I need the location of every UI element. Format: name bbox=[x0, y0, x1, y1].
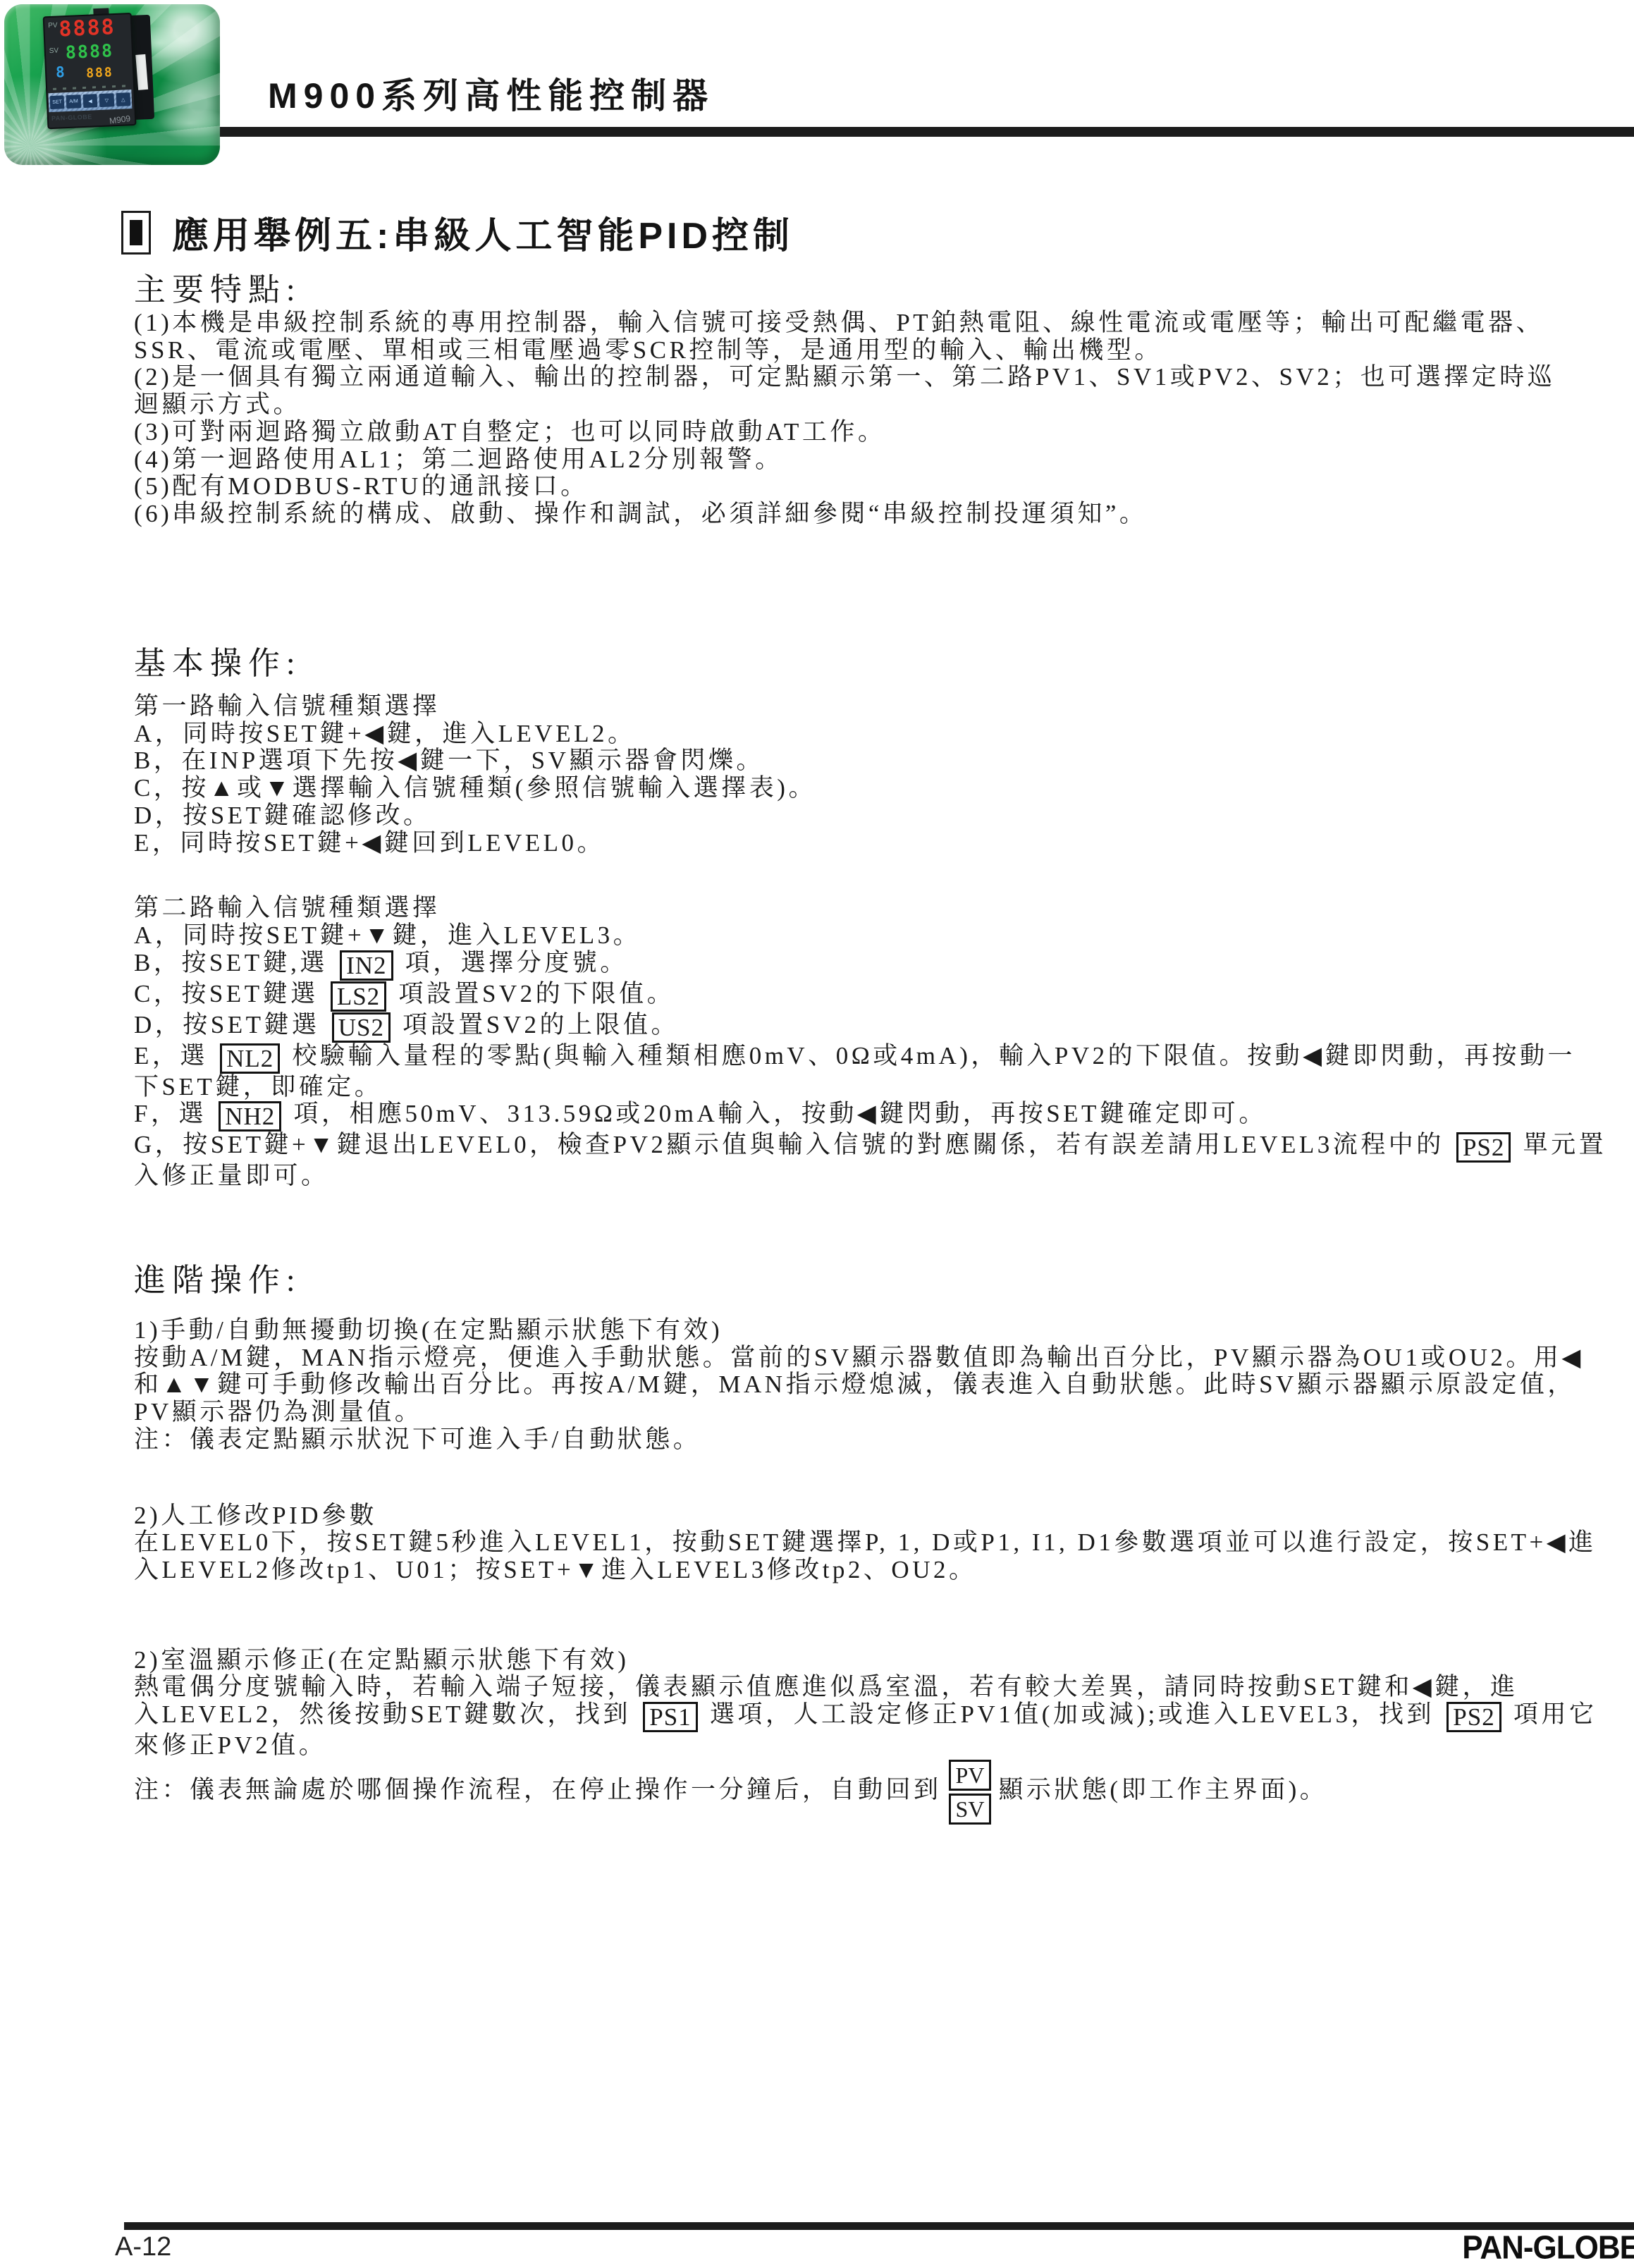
text-line: B，按SET鍵,選 IN2 項，選擇分度號。 bbox=[134, 950, 1613, 981]
text-segment: 入LEVEL2，然後按動SET鍵數次，找到 bbox=[134, 1700, 640, 1728]
text-line: C，按▲或▼選擇輸入信號種類(參照信號輸入選擇表)。 bbox=[134, 775, 1613, 802]
text-line: D，按SET鍵選 US2 項設置SV2的上限值。 bbox=[134, 1012, 1613, 1043]
section-bullet-icon bbox=[121, 211, 151, 255]
text-line: (2)是一個具有獨立兩通道輸入、輸出的控制器，可定點顯示第一、第二路PV1、SV… bbox=[134, 364, 1613, 391]
route2-lines: A，同時按SET鍵+▼鍵，進入LEVEL3。B，按SET鍵,選 IN2 項，選擇… bbox=[134, 922, 1613, 1190]
features-lines: (1)本機是串級控制系統的專用控制器，輸入信號可接受熱偶、PT鉑熱電阻、線性電流… bbox=[134, 309, 1613, 528]
text-line: 入修正量即可。 bbox=[134, 1163, 1613, 1190]
sv-label: SV bbox=[49, 47, 59, 56]
text-line: 2)室溫顯示修正(在定點顯示狀態下有效) bbox=[134, 1647, 1613, 1674]
section-bullet-fill bbox=[130, 220, 142, 245]
text-segment: (2)是一個具有獨立兩通道輸入、輸出的控制器，可定點顯示第一、第二路PV1、SV… bbox=[134, 363, 1555, 391]
text-segment: 項設置SV2的下限值。 bbox=[389, 980, 675, 1007]
pv-sv-display-box: PVSV bbox=[949, 1760, 992, 1825]
param-box: PS2 bbox=[1446, 1702, 1501, 1732]
text-line: PV顯示器仍為測量值。 bbox=[134, 1399, 1613, 1426]
text-segment: A，同時按SET鍵+◀鍵，進入LEVEL2。 bbox=[134, 720, 635, 747]
text-line: A，同時按SET鍵+◀鍵，進入LEVEL2。 bbox=[134, 721, 1613, 748]
text-segment: 熱電偶分度號輸入時，若輸入端子短接，儀表顯示值應進似爲室溫，若有較大差異，請同時… bbox=[134, 1673, 1518, 1700]
text-line: 迴顯示方式。 bbox=[134, 391, 1613, 419]
text-segment: E，選 bbox=[134, 1042, 217, 1069]
text-line: 注：儀表無論處於哪個操作流程，在停止操作一分鐘后，自動回到PVSV顯示狀態(即工… bbox=[134, 1760, 1613, 1825]
text-segment: G，按SET鍵+▼鍵退出LEVEL0，檢查PV2顯示值與輸入信號的對應關係，若有… bbox=[134, 1131, 1454, 1158]
brand-logo: PV 8888 SV 8888 8 888 SET A/M ◀ ▽ △ PAN-… bbox=[4, 4, 220, 165]
text-segment: 選項，人工設定修正PV1值(加或減);或進入LEVEL3，找到 bbox=[701, 1700, 1444, 1728]
sv-display: 8888 bbox=[65, 40, 113, 63]
text-segment: D，按SET鍵選 bbox=[134, 1011, 329, 1038]
text-segment: (3)可對兩迴路獨立啟動AT自整定；也可以同時啟動AT工作。 bbox=[134, 418, 885, 446]
advanced-heading: 進階操作: bbox=[134, 1262, 1613, 1299]
basic-heading: 基本操作: bbox=[134, 645, 1613, 682]
text-segment: A，同時按SET鍵+▼鍵，進入LEVEL3。 bbox=[134, 921, 641, 949]
indicator-labels-row bbox=[53, 85, 126, 90]
text-segment: (4)第一迴路使用AL1；第二迴路使用AL2分別報警。 bbox=[134, 446, 783, 473]
text-segment: 項用它 bbox=[1504, 1700, 1597, 1728]
device-front-panel: PV 8888 SV 8888 8 888 SET A/M ◀ ▽ △ PAN-… bbox=[43, 13, 137, 129]
text-line: SSR、電流或電壓、單相或三相電壓過零SCR控制等，是通用型的輸入、輸出機型。 bbox=[134, 337, 1613, 364]
pid-subsection: 2)人工修改PID參數在LEVEL0下，按SET鍵5秒進入LEVEL1，按動SE… bbox=[134, 1502, 1613, 1584]
section-heading-row: 應用舉例五:串級人工智能PID控制 bbox=[121, 206, 794, 259]
text-line: F，選 NH2 項，相應50mV、313.59Ω或20mA輸入，按動◀鍵閃動，再… bbox=[134, 1101, 1613, 1132]
text-segment: 來修正PV2值。 bbox=[134, 1731, 326, 1759]
text-segment: (5)配有MODBUS-RTU的通訊接口。 bbox=[134, 472, 589, 500]
device-brand-text: PAN-GLOBE bbox=[51, 114, 92, 123]
manual-page: PV 8888 SV 8888 8 888 SET A/M ◀ ▽ △ PAN-… bbox=[0, 0, 1634, 2268]
param-box: US2 bbox=[332, 1012, 391, 1043]
param-box: LS2 bbox=[331, 981, 386, 1012]
text-segment: PV顯示器仍為測量值。 bbox=[134, 1398, 422, 1426]
text-segment: B，按SET鍵,選 bbox=[134, 949, 337, 976]
text-line: 2)人工修改PID參數 bbox=[134, 1502, 1613, 1530]
features-section: 主要特點: (1)本機是串級控制系統的專用控制器，輸入信號可接受熱偶、PT鉑熱電… bbox=[134, 271, 1613, 528]
text-line: B，在INP選項下先按◀鍵一下，SV顯示器會閃爍。 bbox=[134, 747, 1613, 775]
device-button-row: SET A/M ◀ ▽ △ bbox=[48, 90, 132, 112]
shift-left-button: ◀ bbox=[82, 94, 97, 108]
text-segment: 項，選擇分度號。 bbox=[396, 949, 628, 976]
text-segment: B，在INP選項下先按◀鍵一下，SV顯示器會閃爍。 bbox=[134, 747, 764, 774]
text-segment: C，按SET鍵選 bbox=[134, 980, 328, 1007]
text-segment: 下SET鍵，即確定。 bbox=[134, 1073, 382, 1101]
features-heading: 主要特點: bbox=[134, 271, 1613, 308]
text-segment: 按動A/M鍵，MAN指示燈亮，便進入手動狀態。當前的SV顯示器數值即為輸出百分比… bbox=[134, 1344, 1584, 1371]
text-segment: (6)串級控制系統的構成、啟動、操作和調試，必須詳細參閱“串級控制投運須知”。 bbox=[134, 500, 1147, 527]
text-line: (3)可對兩迴路獨立啟動AT自整定；也可以同時啟動AT工作。 bbox=[134, 419, 1613, 446]
text-line: D，按SET鍵確認修改。 bbox=[134, 802, 1613, 830]
text-segment: 1)手動/自動無擾動切換(在定點顯示狀態下有效) bbox=[134, 1316, 723, 1344]
text-segment: 校驗輸入量程的零點(與輸入種類相應0mV、0Ω或4mA)，輸入PV2的下限值。按… bbox=[283, 1042, 1575, 1069]
page-title: M900系列高性能控制器 bbox=[268, 68, 714, 118]
text-segment: 注：儀表無論處於哪個操作流程，在停止操作一分鐘后，自動回到 bbox=[134, 1776, 942, 1803]
text-line: 和▲▼鍵可手動修改輸出百分比。再按A/M鍵，MAN指示燈熄滅，儀表進入自動狀態。… bbox=[134, 1371, 1613, 1399]
aux-display-amber: 888 bbox=[86, 65, 113, 81]
footer-brand-logo: PAN-GLOBE bbox=[1462, 2230, 1634, 2267]
text-line: A，同時按SET鍵+▼鍵，進入LEVEL3。 bbox=[134, 922, 1613, 950]
text-segment: 在LEVEL0下，按SET鍵5秒進入LEVEL1，按動SET鍵選擇P, 1, D… bbox=[134, 1528, 1597, 1556]
text-segment: E，同時按SET鍵+◀鍵回到LEVEL0。 bbox=[134, 829, 605, 857]
text-segment: C，按▲或▼選擇輸入信號種類(參照信號輸入選擇表)。 bbox=[134, 774, 816, 802]
text-line: 來修正PV2值。 bbox=[134, 1732, 1613, 1760]
route2-title: 第二路輸入信號種類選擇 bbox=[134, 895, 1613, 922]
text-segment: F，選 bbox=[134, 1100, 216, 1127]
text-line: 注：儀表定點顯示狀況下可進入手/自動狀態。 bbox=[134, 1426, 1613, 1454]
text-line: (4)第一迴路使用AL1；第二迴路使用AL2分別報警。 bbox=[134, 446, 1613, 474]
basic-operation-section: 基本操作: 第一路輸入信號種類選擇 A，同時按SET鍵+◀鍵，進入LEVEL2。… bbox=[134, 645, 1613, 1190]
text-line: 按動A/M鍵，MAN指示燈亮，便進入手動狀態。當前的SV顯示器數值即為輸出百分比… bbox=[134, 1344, 1613, 1372]
text-segment: D，按SET鍵確認修改。 bbox=[134, 802, 431, 829]
footer-divider bbox=[124, 2222, 1634, 2230]
section-title: 應用舉例五:串級人工智能PID控制 bbox=[172, 206, 794, 259]
param-box: IN2 bbox=[340, 950, 393, 981]
text-segment: 入修正量即可。 bbox=[134, 1162, 329, 1189]
param-box: PS1 bbox=[643, 1702, 697, 1732]
param-box: NL2 bbox=[220, 1043, 280, 1074]
display-box-cell: PV bbox=[949, 1760, 992, 1791]
text-line: C，按SET鍵選 LS2 項設置SV2的下限值。 bbox=[134, 981, 1613, 1012]
aux-display-blue: 8 bbox=[56, 63, 66, 81]
route1-lines: A，同時按SET鍵+◀鍵，進入LEVEL2。B，在INP選項下先按◀鍵一下，SV… bbox=[134, 721, 1613, 857]
text-segment: 顯示狀態(即工作主界面)。 bbox=[998, 1776, 1327, 1803]
controller-device-photo: PV 8888 SV 8888 8 888 SET A/M ◀ ▽ △ PAN-… bbox=[42, 8, 156, 133]
text-segment: 項，相應50mV、313.59Ω或20mA輸入，按動◀鍵閃動，再按SET鍵確定即… bbox=[284, 1100, 1267, 1127]
text-line: E，同時按SET鍵+◀鍵回到LEVEL0。 bbox=[134, 830, 1613, 857]
down-button: ▽ bbox=[99, 93, 114, 107]
route1-title: 第一路輸入信號種類選擇 bbox=[134, 693, 1613, 721]
pv-display: 8888 bbox=[59, 15, 116, 42]
text-segment: SSR、電流或電壓、單相或三相電壓過零SCR控制等，是通用型的輸入、輸出機型。 bbox=[134, 336, 1162, 364]
text-line: 熱電偶分度號輸入時，若輸入端子短接，儀表顯示值應進似爲室溫，若有較大差異，請同時… bbox=[134, 1674, 1613, 1701]
advanced-operation-section: 進階操作: 1)手動/自動無擾動切換(在定點顯示狀態下有效)按動A/M鍵，MAN… bbox=[134, 1262, 1613, 1825]
text-segment: 迴顯示方式。 bbox=[134, 391, 301, 418]
text-line: (6)串級控制系統的構成、啟動、操作和調試，必須詳細參閱“串級控制投運須知”。 bbox=[134, 501, 1613, 528]
text-segment: 和▲▼鍵可手動修改輸出百分比。再按A/M鍵，MAN指示燈熄滅，儀表進入自動狀態。… bbox=[134, 1371, 1575, 1398]
text-segment: (1)本機是串級控制系統的專用控制器，輸入信號可接受熱偶、PT鉑熱電阻、線性電流… bbox=[134, 309, 1544, 336]
text-line: 入LEVEL2修改tp1、U01；按SET+▼進入LEVEL3修改tp2、OU2… bbox=[134, 1557, 1613, 1584]
text-segment: 單元置 bbox=[1513, 1131, 1607, 1158]
text-segment: 2)室溫顯示修正(在定點顯示狀態下有效) bbox=[134, 1646, 629, 1674]
param-box: NH2 bbox=[219, 1101, 281, 1132]
text-segment: 項設置SV2的上限值。 bbox=[393, 1011, 679, 1038]
text-line: 1)手動/自動無擾動切換(在定點顯示狀態下有效) bbox=[134, 1317, 1613, 1344]
set-button: SET bbox=[50, 95, 65, 109]
up-button: △ bbox=[116, 92, 130, 106]
text-line: G，按SET鍵+▼鍵退出LEVEL0，檢查PV2顯示值與輸入信號的對應關係，若有… bbox=[134, 1132, 1613, 1163]
page-number: A-12 bbox=[115, 2232, 171, 2262]
text-line: (1)本機是串級控制系統的專用控制器，輸入信號可接受熱偶、PT鉑熱電阻、線性電流… bbox=[134, 309, 1613, 337]
device-side-label bbox=[135, 54, 148, 90]
param-box: PS2 bbox=[1456, 1132, 1511, 1163]
display-box-cell: SV bbox=[949, 1794, 992, 1825]
auto-manual-button: A/M bbox=[66, 94, 81, 109]
text-segment: 入LEVEL2修改tp1、U01；按SET+▼進入LEVEL3修改tp2、OU2… bbox=[134, 1556, 976, 1583]
room-temp-subsection: 2)室溫顯示修正(在定點顯示狀態下有效)熱電偶分度號輸入時，若輸入端子短接，儀表… bbox=[134, 1647, 1613, 1825]
text-segment: 注：儀表定點顯示狀況下可進入手/自動狀態。 bbox=[134, 1426, 701, 1453]
text-line: 下SET鍵，即確定。 bbox=[134, 1074, 1613, 1101]
text-line: (5)配有MODBUS-RTU的通訊接口。 bbox=[134, 473, 1613, 501]
text-line: 在LEVEL0下，按SET鍵5秒進入LEVEL1，按動SET鍵選擇P, 1, D… bbox=[134, 1529, 1613, 1557]
header-divider bbox=[220, 127, 1634, 137]
text-segment: 2)人工修改PID參數 bbox=[134, 1502, 377, 1529]
pv-label: PV bbox=[48, 22, 58, 30]
text-line: E，選 NL2 校驗輸入量程的零點(與輸入種類相應0mV、0Ω或4mA)，輸入P… bbox=[134, 1043, 1613, 1074]
manual-auto-subsection: 1)手動/自動無擾動切換(在定點顯示狀態下有效)按動A/M鍵，MAN指示燈亮，便… bbox=[134, 1317, 1613, 1454]
text-line: 入LEVEL2，然後按動SET鍵數次，找到 PS1 選項，人工設定修正PV1值(… bbox=[134, 1701, 1613, 1732]
